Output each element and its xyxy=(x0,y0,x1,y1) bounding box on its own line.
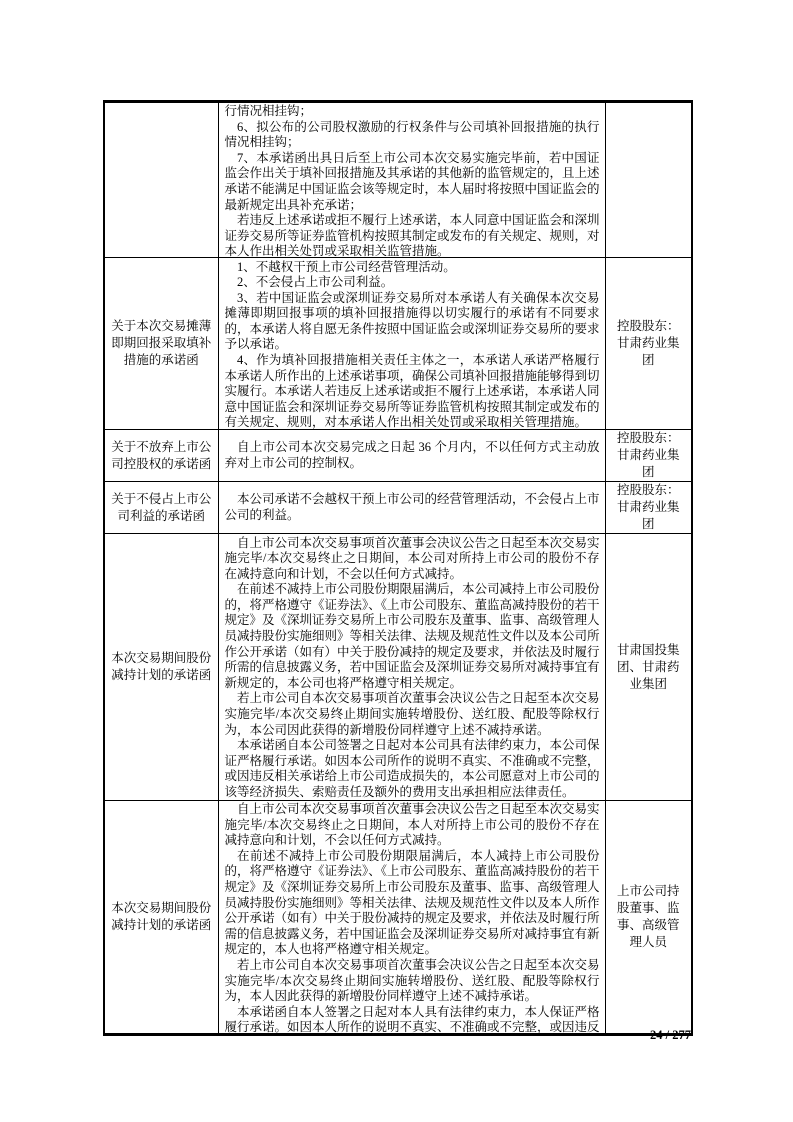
commitment-paragraph: 行情况相挂钩； xyxy=(225,104,600,120)
commitment-title-cell: 关于不侵占上市公司利益的承诺函 xyxy=(104,482,218,534)
commitment-paragraph: 1、不越权干预上市公司经营管理活动。 xyxy=(225,260,600,276)
table-row: 关于不侵占上市公司利益的承诺函本公司承诺不会越权干预上市公司的经营管理活动，不会… xyxy=(104,482,692,534)
commitment-content-cell: 1、不越权干预上市公司经营管理活动。2、不会侵占上市公司利益。3、若中国证监会或… xyxy=(218,258,605,430)
commitment-table-body: 行情况相挂钩；6、拟公布的公司股权激励的行权条件与公司填补回报措施的执行情况相挂… xyxy=(104,102,692,1035)
commitment-paragraph: 在前述不减持上市公司股份期限届满后，本公司减持上市公司股份的，将严格遵守《证券法… xyxy=(225,582,600,691)
table-row: 本次交易期间股份减持计划的承诺函自上市公司本次交易事项首次董事会决议公告之日起至… xyxy=(104,801,692,1035)
table-row: 关于不放弃上市公司控股权的承诺函自上市公司本次交易完成之日起 36 个月内，不以… xyxy=(104,430,692,482)
table-row: 关于本次交易摊薄即期回报采取填补措施的承诺函1、不越权干预上市公司经营管理活动。… xyxy=(104,258,692,430)
commitment-paragraph: 若上市公司自本次交易事项首次董事会决议公告之日起至本次交易实施完毕/本次交易终止… xyxy=(225,958,600,1005)
commitment-party-cell: 控股股东：甘肃药业集团 xyxy=(605,258,692,430)
commitment-party-cell: 甘肃国投集团、甘肃药业集团 xyxy=(605,534,692,801)
commitment-content-cell: 本公司承诺不会越权干预上市公司的经营管理活动，不会侵占上市公司的利益。 xyxy=(218,482,605,534)
commitment-paragraph: 4、作为填补回报措施相关责任主体之一，本承诺人承诺严格履行本承诺人所作出的上述承… xyxy=(225,353,600,428)
commitment-party-cell xyxy=(605,102,692,258)
commitment-content: 1、不越权干预上市公司经营管理活动。2、不会侵占上市公司利益。3、若中国证监会或… xyxy=(219,259,605,429)
commitment-paragraph: 自上市公司本次交易事项首次董事会决议公告之日起至本次交易实施完毕/本次交易终止之… xyxy=(225,802,600,849)
commitment-content-cell: 自上市公司本次交易事项首次董事会决议公告之日起至本次交易实施完毕/本次交易终止之… xyxy=(218,801,605,1035)
commitment-title: 本次交易期间股份减持计划的承诺函 xyxy=(105,650,218,684)
commitment-title: 关于不放弃上市公司控股权的承诺函 xyxy=(105,439,218,473)
commitment-party: 控股股东：甘肃药业集团 xyxy=(606,430,692,481)
commitment-title-cell: 本次交易期间股份减持计划的承诺函 xyxy=(104,534,218,801)
commitment-party: 控股股东：甘肃药业集团 xyxy=(606,318,692,369)
commitment-paragraph: 2、不会侵占上市公司利益。 xyxy=(225,275,600,291)
commitment-title-cell: 关于本次交易摊薄即期回报采取填补措施的承诺函 xyxy=(104,258,218,430)
commitment-title: 本次交易期间股份减持计划的承诺函 xyxy=(105,900,218,934)
commitment-paragraph: 自上市公司本次交易完成之日起 36 个月内，不以任何方式主动放弃对上市公司的控制… xyxy=(225,440,600,471)
commitment-paragraph: 若违反上述承诺或拒不履行上述承诺，本人同意中国证监会和深圳证券交易所等证券监管机… xyxy=(225,213,600,257)
commitment-content: 自上市公司本次交易完成之日起 36 个月内，不以任何方式主动放弃对上市公司的控制… xyxy=(219,433,605,479)
commitment-paragraph: 7、本承诺函出具日后至上市公司本次交易实施完毕前，若中国证监会作出关于填补回报措… xyxy=(225,151,600,213)
table-row: 行情况相挂钩；6、拟公布的公司股权激励的行权条件与公司填补回报措施的执行情况相挂… xyxy=(104,102,692,258)
commitment-paragraph: 3、若中国证监会或深圳证券交易所对本承诺人有关确保本次交易摊薄即期回报事项的填补… xyxy=(225,291,600,353)
commitment-paragraph: 在前述不减持上市公司股份期限届满后，本人减持上市公司股份的，将严格遵守《证券法》… xyxy=(225,849,600,958)
commitment-table: 行情况相挂钩；6、拟公布的公司股权激励的行权条件与公司填补回报措施的执行情况相挂… xyxy=(103,100,693,1036)
commitment-party: 上市公司持股董事、监事、高级管理人员 xyxy=(606,883,692,951)
document-page: 行情况相挂钩；6、拟公布的公司股权激励的行权条件与公司填补回报措施的执行情况相挂… xyxy=(0,0,793,1122)
commitment-title-cell: 本次交易期间股份减持计划的承诺函 xyxy=(104,801,218,1035)
commitment-party-cell: 上市公司持股董事、监事、高级管理人员 xyxy=(605,801,692,1035)
commitment-title-cell xyxy=(104,102,218,258)
commitment-paragraph: 自上市公司本次交易事项首次董事会决议公告之日起至本次交易实施完毕/本次交易终止之… xyxy=(225,536,600,583)
commitment-content-cell: 自上市公司本次交易完成之日起 36 个月内，不以任何方式主动放弃对上市公司的控制… xyxy=(218,430,605,482)
commitment-title-cell: 关于不放弃上市公司控股权的承诺函 xyxy=(104,430,218,482)
commitment-paragraph: 本承诺函自本公司签署之日起对本公司具有法律约束力，本公司保证严格履行承诺。如因本… xyxy=(225,738,600,799)
commitment-party: 控股股东：甘肃药业集团 xyxy=(606,482,692,533)
commitment-content: 自上市公司本次交易事项首次董事会决议公告之日起至本次交易实施完毕/本次交易终止之… xyxy=(219,801,605,1033)
commitment-paragraph: 本公司承诺不会越权干预上市公司的经营管理活动，不会侵占上市公司的利益。 xyxy=(225,492,600,523)
commitment-content-cell: 行情况相挂钩；6、拟公布的公司股权激励的行权条件与公司填补回报措施的执行情况相挂… xyxy=(218,102,605,258)
commitment-content-cell: 自上市公司本次交易事项首次董事会决议公告之日起至本次交易实施完毕/本次交易终止之… xyxy=(218,534,605,801)
commitment-content: 自上市公司本次交易事项首次董事会决议公告之日起至本次交易实施完毕/本次交易终止之… xyxy=(219,535,605,800)
page-number: 24 / 277 xyxy=(650,1028,691,1043)
commitment-content: 行情况相挂钩；6、拟公布的公司股权激励的行权条件与公司填补回报措施的执行情况相挂… xyxy=(219,103,605,257)
commitment-paragraph: 6、拟公布的公司股权激励的行权条件与公司填补回报措施的执行情况相挂钩； xyxy=(225,120,600,151)
commitment-title: 关于不侵占上市公司利益的承诺函 xyxy=(105,491,218,525)
commitment-title: 关于本次交易摊薄即期回报采取填补措施的承诺函 xyxy=(105,318,218,369)
commitment-party-cell: 控股股东：甘肃药业集团 xyxy=(605,482,692,534)
table-row: 本次交易期间股份减持计划的承诺函自上市公司本次交易事项首次董事会决议公告之日起至… xyxy=(104,534,692,801)
commitment-paragraph: 本承诺函自本人签署之日起对本人具有法律约束力，本人保证严格履行承诺。如因本人所作… xyxy=(225,1005,600,1033)
commitment-party: 甘肃国投集团、甘肃药业集团 xyxy=(606,642,692,693)
commitment-content: 本公司承诺不会越权干预上市公司的经营管理活动，不会侵占上市公司的利益。 xyxy=(219,485,605,531)
commitment-party-cell: 控股股东：甘肃药业集团 xyxy=(605,430,692,482)
commitment-paragraph: 若上市公司自本次交易事项首次董事会决议公告之日起至本次交易实施完毕/本次交易终止… xyxy=(225,691,600,738)
